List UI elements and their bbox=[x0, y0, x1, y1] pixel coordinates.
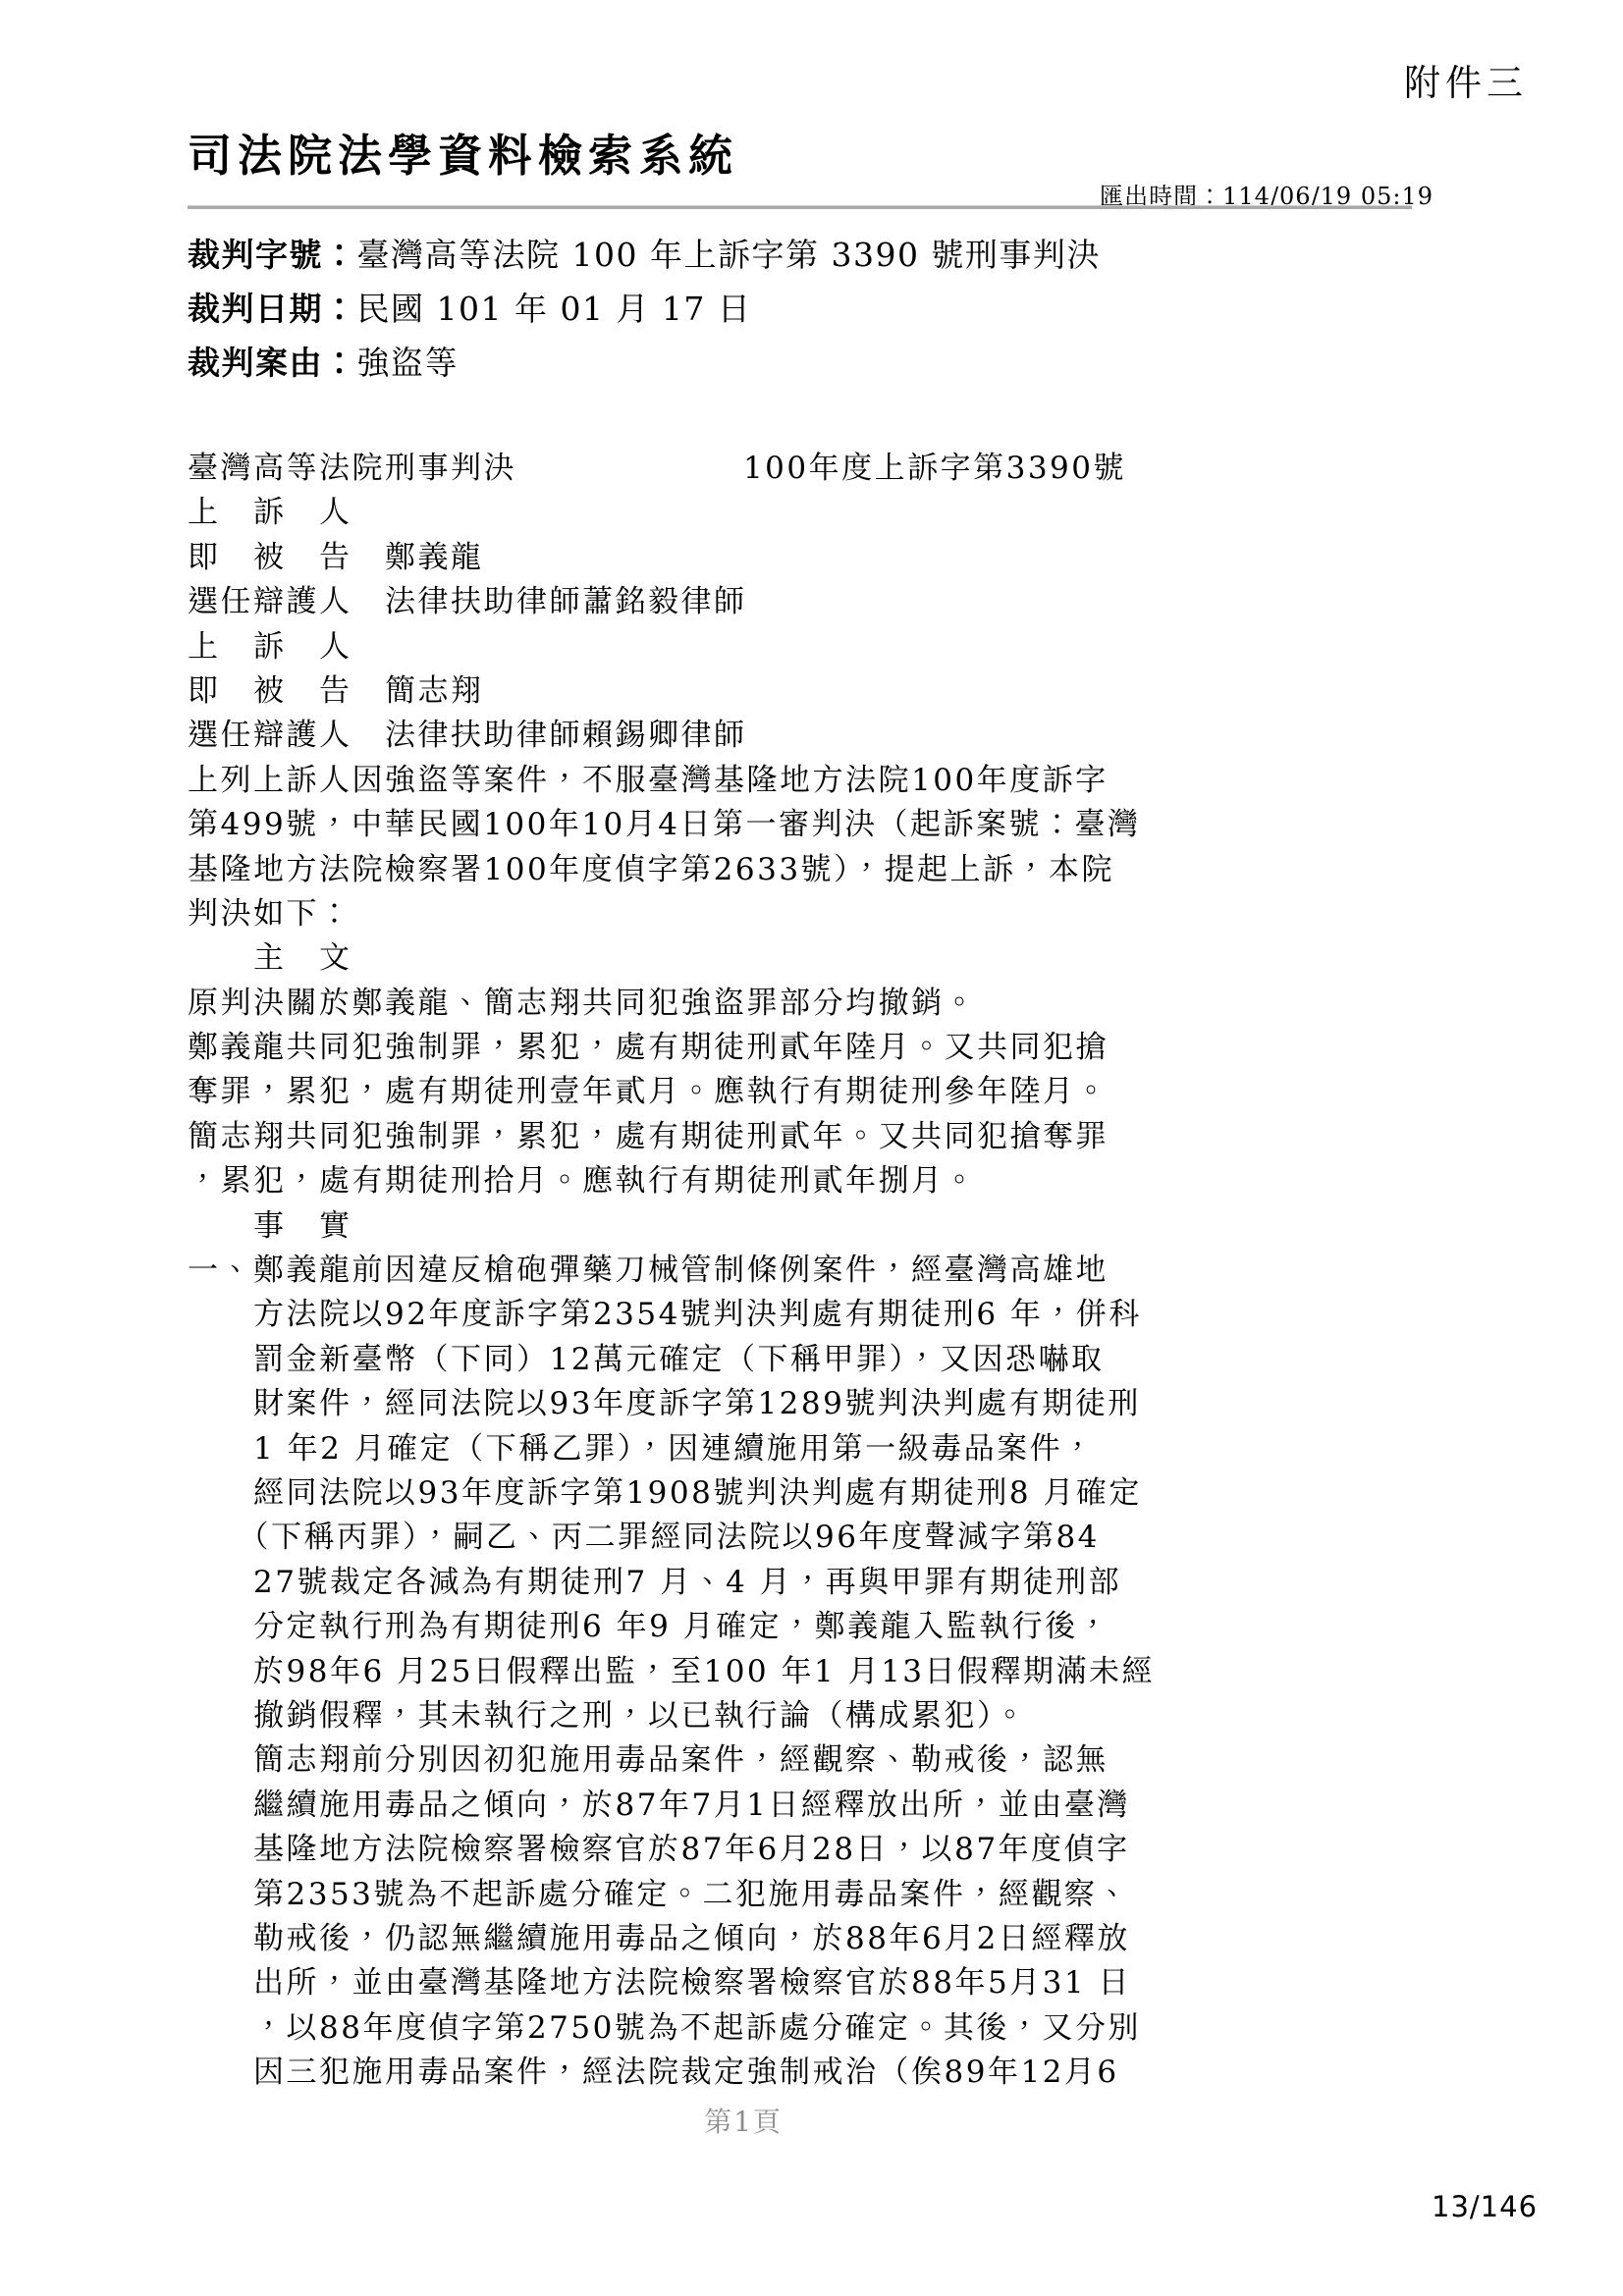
judgment-line: 一、鄭義龍前因違反槍砲彈藥刀械管制條例案件，經臺灣高雄地 bbox=[188, 1249, 1126, 1293]
judgment-line: 簡志翔前分別因初犯施用毒品案件，經觀察、勒戒後，認無 bbox=[188, 1738, 1126, 1783]
attachment-label: 附件三 bbox=[1404, 53, 1528, 106]
judgment-line: 出所，並由臺灣基隆地方法院檢察署檢察官於88年5月31 日 bbox=[188, 1961, 1126, 2005]
judgment-line: 基隆地方法院檢察署檢察官於87年6月28日，以87年度偵字 bbox=[188, 1828, 1126, 1872]
judgment-line: 即 被 告 簡志翔 bbox=[188, 669, 1126, 714]
judgment-line: 撤銷假釋，其未執行之刑，以已執行論（構成累犯）。 bbox=[188, 1694, 1126, 1738]
system-title: 司法院法學資料檢索系統 bbox=[188, 120, 738, 184]
field-case-number-label: 裁判字號： bbox=[188, 236, 357, 274]
field-judgment-date: 裁判日期：民國 101 年 01 月 17 日 bbox=[188, 282, 1101, 336]
judgment-heading-court: 臺灣高等法院刑事判決 bbox=[188, 447, 516, 491]
judgment-line: 基隆地方法院檢察署100年度偵字第2633號），提起上訴，本院 bbox=[188, 848, 1126, 892]
judgment-line: 經同法院以93年度訴字第1908號判決判處有期徒刑8 月確定 bbox=[188, 1471, 1126, 1516]
judgment-line: 於98年6 月25日假釋出監，至100 年1 月13日假釋期滿未經 bbox=[188, 1650, 1126, 1694]
judgment-line: 勒戒後，仍認無繼續施用毒品之傾向，於88年6月2日經釋放 bbox=[188, 1917, 1126, 1961]
judgment-line: 上 訴 人 bbox=[188, 491, 1126, 535]
pdf-page-indicator: 13/146 bbox=[1432, 2190, 1538, 2223]
judgment-line: 選任辯護人 法律扶助律師賴錫卿律師 bbox=[188, 714, 1126, 758]
judgment-line: 分定執行刑為有期徒刑6 年9 月確定，鄭義龍入監執行後， bbox=[188, 1605, 1126, 1649]
judgment-line: 方法院以92年度訴字第2354號判決判處有期徒刑6 年，併科 bbox=[188, 1293, 1126, 1337]
judgment-line: （下稱丙罪），嗣乙、丙二罪經同法院以96年度聲減字第84 bbox=[188, 1516, 1126, 1560]
judgment-line: 罰金新臺幣（下同）12萬元確定（下稱甲罪），又因恐嚇取 bbox=[188, 1338, 1126, 1382]
judgment-body: 臺灣高等法院刑事判決 100年度上訴字第3390號 上 訴 人即 被 告 鄭義龍… bbox=[188, 447, 1126, 2095]
document-page: 附件三 司法院法學資料檢索系統 匯出時間：114/06/19 05:19 裁判字… bbox=[0, 0, 1623, 2296]
judgment-line: 27號裁定各減為有期徒刑7 月、4 月，再與甲罪有期徒刑部 bbox=[188, 1561, 1126, 1605]
page-number-label: 第1頁 bbox=[188, 2101, 1299, 2140]
judgment-line: 因三犯施用毒品案件，經法院裁定強制戒治（俟89年12月6 bbox=[188, 2051, 1126, 2095]
judgment-lines: 上 訴 人即 被 告 鄭義龍選任辯護人 法律扶助律師蕭銘毅律師上 訴 人即 被 … bbox=[188, 491, 1126, 2095]
field-case-cause: 裁判案由：強盜等 bbox=[188, 336, 1101, 390]
judgment-line: 財案件，經同法院以93年度訴字第1289號判決判處有期徒刑 bbox=[188, 1382, 1126, 1426]
judgment-heading: 臺灣高等法院刑事判決 100年度上訴字第3390號 bbox=[188, 447, 1126, 491]
judgment-line: 第2353號為不起訴處分確定。二犯施用毒品案件，經觀察、 bbox=[188, 1873, 1126, 1917]
judgment-line: 選任辯護人 法律扶助律師蕭銘毅律師 bbox=[188, 580, 1126, 624]
judgment-heading-docket: 100年度上訴字第3390號 bbox=[743, 447, 1126, 491]
judgment-line: 繼續施用毒品之傾向，於87年7月1日經釋放出所，並由臺灣 bbox=[188, 1784, 1126, 1828]
case-fields: 裁判字號：臺灣高等法院 100 年上訴字第 3390 號刑事判決 裁判日期：民國… bbox=[188, 228, 1101, 390]
header-divider bbox=[188, 205, 1412, 209]
judgment-line: ，以88年度偵字第2750號為不起訴處分確定。其後，又分別 bbox=[188, 2006, 1126, 2051]
judgment-line: 原判決關於鄭義龍、簡志翔共同犯強盜罪部分均撤銷。 bbox=[188, 982, 1126, 1026]
judgment-line: 上列上訴人因強盜等案件，不服臺灣基隆地方法院100年度訴字 bbox=[188, 759, 1126, 803]
field-judgment-date-value: 民國 101 年 01 月 17 日 bbox=[357, 290, 752, 328]
field-case-number: 裁判字號：臺灣高等法院 100 年上訴字第 3390 號刑事判決 bbox=[188, 228, 1101, 282]
field-case-cause-value: 強盜等 bbox=[357, 344, 460, 382]
field-judgment-date-label: 裁判日期： bbox=[188, 290, 357, 328]
judgment-line: 判決如下： bbox=[188, 892, 1126, 936]
judgment-line: 事 實 bbox=[188, 1204, 1126, 1249]
judgment-line: 1 年2 月確定（下稱乙罪），因連續施用第一級毒品案件， bbox=[188, 1427, 1126, 1471]
judgment-line: 第499號，中華民國100年10月4日第一審判決（起訴案號：臺灣 bbox=[188, 803, 1126, 847]
judgment-line: ，累犯，處有期徒刑拾月。應執行有期徒刑貳年捌月。 bbox=[188, 1159, 1126, 1203]
judgment-line: 奪罪，累犯，處有期徒刑壹年貳月。應執行有期徒刑參年陸月。 bbox=[188, 1070, 1126, 1114]
judgment-line: 鄭義龍共同犯強制罪，累犯，處有期徒刑貳年陸月。又共同犯搶 bbox=[188, 1026, 1126, 1070]
field-case-cause-label: 裁判案由： bbox=[188, 344, 357, 382]
judgment-line: 簡志翔共同犯強制罪，累犯，處有期徒刑貳年。又共同犯搶奪罪 bbox=[188, 1115, 1126, 1159]
field-case-number-value: 臺灣高等法院 100 年上訴字第 3390 號刑事判決 bbox=[357, 236, 1101, 274]
judgment-line: 上 訴 人 bbox=[188, 625, 1126, 669]
judgment-line: 主 文 bbox=[188, 936, 1126, 981]
judgment-line: 即 被 告 鄭義龍 bbox=[188, 536, 1126, 580]
